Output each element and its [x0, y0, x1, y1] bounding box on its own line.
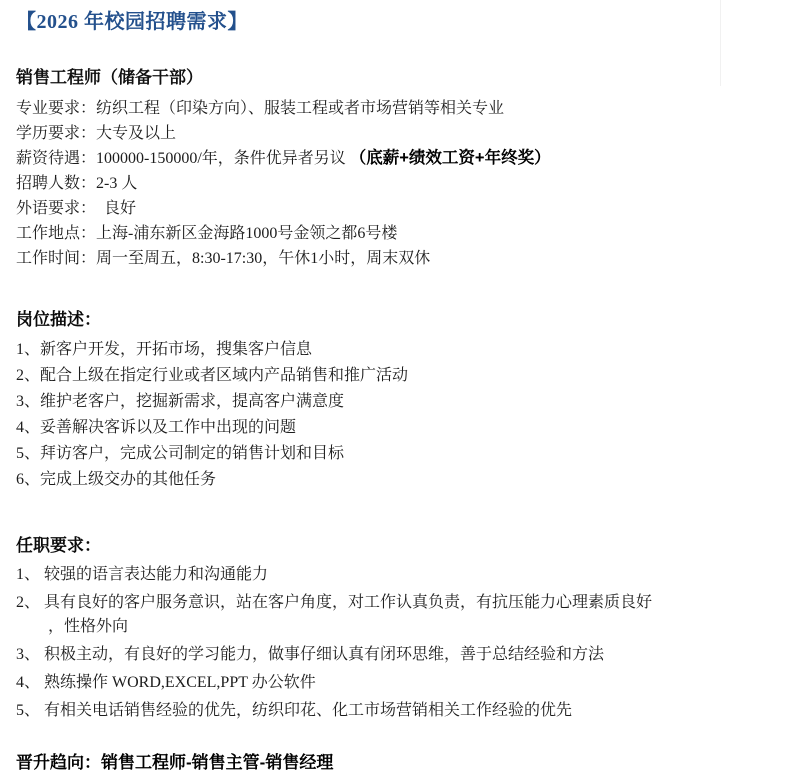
job-info-label: 专业要求：	[16, 100, 96, 117]
page-title: 【2026 年校园招聘需求】	[16, 8, 783, 36]
job-info-line: 外语要求： 良好	[16, 196, 783, 221]
job-description-item: 2、配合上级在指定行业或者区域内产品销售和推广活动	[16, 363, 783, 389]
requirement-item: 1、 较强的语言表达能力和沟通能力	[16, 563, 783, 587]
job-info-label: 工作时间：	[16, 250, 96, 267]
job-info-label: 薪资待遇：	[16, 150, 96, 167]
job-info-line: 专业要求：纺织工程（印染方向）、服装工程或者市场营销等相关专业	[16, 96, 783, 121]
job-description-item: 3、维护老客户，挖掘新需求，提高客户满意度	[16, 389, 783, 415]
document-page: 【2026 年校园招聘需求】 销售工程师（储备干部） 专业要求：纺织工程（印染方…	[0, 0, 799, 781]
job-info-label: 招聘人数：	[16, 175, 96, 192]
requirements-list: 1、 较强的语言表达能力和沟通能力 2、 具有良好的客户服务意识，站在客户角度，…	[16, 563, 783, 723]
job-info-line: 招聘人数：2-3 人	[16, 171, 783, 196]
requirement-item: 4、 熟练操作 WORD,EXCEL,PPT 办公软件	[16, 671, 783, 695]
job-info-value: 上海-浦东新区金海路1000号金领之都6号楼	[96, 225, 397, 242]
promotion-path: 销售工程师-销售主管-销售经理	[101, 753, 333, 772]
job-info-value: 100000-150000/年，条件优异者另议	[96, 150, 350, 167]
job-description-item: 6、完成上级交办的其他任务	[16, 467, 783, 493]
job-info-value: 纺织工程（印染方向）、服装工程或者市场营销等相关专业	[96, 100, 504, 117]
job-info-label: 外语要求：	[16, 200, 88, 217]
job-info-list: 专业要求：纺织工程（印染方向）、服装工程或者市场营销等相关专业 学历要求：大专及…	[16, 96, 783, 271]
requirement-item: 5、 有相关电话销售经验的优先，纺织印花、化工市场营销相关工作经验的优先	[16, 699, 783, 723]
requirement-item: 2、 具有良好的客户服务意识，站在客户角度，对工作认真负责，有抗压能力心理素质良…	[16, 591, 783, 639]
job-description-item: 4、妥善解决客诉以及工作中出现的问题	[16, 415, 783, 441]
requirements-heading: 任职要求：	[16, 533, 783, 559]
job-info-label: 工作地点：	[16, 225, 96, 242]
job-info-bold-note: （底薪+绩效工资+年终奖）	[350, 149, 551, 167]
section-job-description: 岗位描述： 1、新客户开发，开拓市场，搜集客户信息 2、配合上级在指定行业或者区…	[16, 307, 783, 493]
job-info-line: 工作时间：周一至周五，8:30-17:30，午休1小时，周末双休	[16, 246, 783, 271]
job-info-value: 良好	[88, 200, 136, 217]
job-title: 销售工程师（储备干部）	[16, 66, 783, 90]
job-info-line: 学历要求：大专及以上	[16, 121, 783, 146]
job-info-value: 周一至周五，8:30-17:30，午休1小时，周末双休	[96, 250, 430, 267]
job-description-list: 1、新客户开发，开拓市场，搜集客户信息 2、配合上级在指定行业或者区域内产品销售…	[16, 337, 783, 493]
requirement-item: 3、 积极主动，有良好的学习能力，做事仔细认真有闭环思维，善于总结经验和方法	[16, 643, 783, 667]
job-info-value: 2-3 人	[96, 175, 137, 192]
job-description-item: 1、新客户开发，开拓市场，搜集客户信息	[16, 337, 783, 363]
job-description-item: 5、拜访客户，完成公司制定的销售计划和目标	[16, 441, 783, 467]
job-info-line: 薪资待遇：100000-150000/年，条件优异者另议 （底薪+绩效工资+年终…	[16, 146, 783, 171]
promotion-label: 晋升趋向：	[16, 753, 101, 772]
promotion-line: 晋升趋向：销售工程师-销售主管-销售经理	[16, 751, 783, 775]
job-info-label: 学历要求：	[16, 125, 96, 142]
section-requirements: 任职要求： 1、 较强的语言表达能力和沟通能力 2、 具有良好的客户服务意识，站…	[16, 533, 783, 723]
job-description-heading: 岗位描述：	[16, 307, 783, 333]
job-info-value: 大专及以上	[96, 125, 176, 142]
page-edge-line	[720, 0, 721, 86]
job-info-line: 工作地点：上海-浦东新区金海路1000号金领之都6号楼	[16, 221, 783, 246]
